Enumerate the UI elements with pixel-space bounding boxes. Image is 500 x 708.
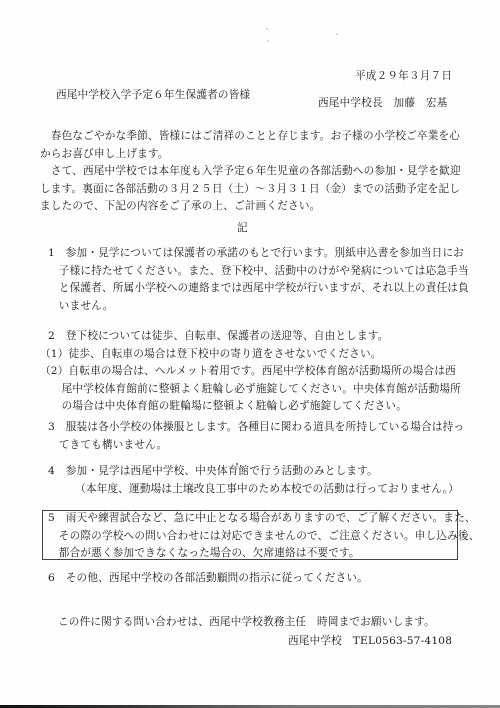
item-subline: （2）自転車の場合は、ヘルメット着用です。西尾中学校体育館が活動場所の場合は西 (40, 363, 461, 381)
item-line: （本年度、運動場は土壌改良工事中のため本校での活動は行っておりません。） (48, 481, 459, 499)
item-line: と保護者、所属小学校への連絡までは西尾中学校が行いますが、それ以上の責任は負 (48, 280, 469, 298)
greeting-line: からお喜び申し上げます。 (40, 146, 460, 164)
item-line: てきても構いません。 (48, 437, 464, 455)
item-line: 都合が悪く参加できなくなった場合の、欠席連絡は不要です。 (48, 545, 480, 563)
item-line: 4 参加・見学は西尾中学校、中央体育館で行う活動のみとします。 (48, 463, 459, 481)
ki-heading: 記 (237, 222, 248, 235)
sender-principal: 西尾中学校長 加藤 宏基 (318, 97, 448, 110)
item-2: 2 登下校については徒歩、自転車、保護者の送迎等、自由とします。 （1）徒歩、自… (48, 328, 461, 416)
contact-note: この件に関する問い合わせは、西尾中学校教務主任 時岡までお願いします。 (58, 616, 435, 629)
item-line: 1 参加・見学については保護者の承諾のもとで行います。別紙申込書を参加当日にお (48, 245, 469, 263)
item-line: 子様に持たせてください。また、登下校中、活動中のけがや発病については応急手当 (48, 263, 469, 281)
intro-line: さて、西尾中学校では本年度も入学予定６年生児童の各部活動への参加・見学を歓迎 (40, 163, 461, 181)
scan-speck (336, 33, 338, 35)
intro-line: ましたので、下記の内容をご了承の上、ご計画ください。 (40, 198, 461, 216)
item-line: 5 雨天や練習試合など、急に中止となる場合がありますので、ご了解ください。また、 (48, 510, 480, 528)
item-3: 3 服装は各小学校の体操服とします。各種目に関わる道具を所持している場合は持っ … (48, 419, 464, 454)
scan-speck (267, 40, 269, 42)
greeting-paragraph: 春色なごやかな季節、皆様にはご清祥のことと存じます。お子様の小学校ご卒業を心 か… (40, 128, 460, 163)
scan-speck (236, 463, 238, 465)
scan-speck (266, 28, 268, 30)
item-subline: （1）徒歩、自転車の場合は登下校中の寄り道をさせないでください。 (40, 346, 461, 364)
item-line: 3 服装は各小学校の体操服とします。各種目に関わる道具を所持している場合は持っ (48, 419, 464, 437)
addressee: 西尾中学校入学予定６年生保護者の皆様 (56, 89, 250, 102)
intro-paragraph: さて、西尾中学校では本年度も入学予定６年生児童の各部活動への参加・見学を歓迎 し… (40, 163, 461, 216)
item-6: 6 その他、西尾中学校の各部活動顧問の指示に従ってください。 (48, 570, 368, 588)
item-line: その際の学校への問い合わせには対応できませんので、ご注意ください。申し込み後、 (48, 528, 480, 546)
item-line: 6 その他、西尾中学校の各部活動顧問の指示に従ってください。 (48, 570, 368, 588)
greeting-line: 春色なごやかな季節、皆様にはご清祥のことと存じます。お子様の小学校ご卒業を心 (40, 128, 460, 146)
item-5: 5 雨天や練習試合など、急に中止となる場合がありますので、ご了解ください。また、… (48, 510, 480, 563)
item-subline: の場合は中央体育館の駐輪場に整頓よく駐輪し必ず施錠してください。 (40, 398, 461, 416)
item-subline: 尾中学校体育館前に整頓よく駐輪し必ず施錠してください。中央体育館が活動場所 (40, 381, 461, 399)
school-phone: 西尾中学校 TEL0563-57-4108 (288, 635, 452, 648)
letter-page: 平成２９年３月７日 西尾中学校入学予定６年生保護者の皆様 西尾中学校長 加藤 宏… (0, 0, 500, 708)
item-line: 2 登下校については徒歩、自転車、保護者の送迎等、自由とします。 (48, 328, 461, 346)
intro-line: します。裏面に各部活動の３月２５日（土）～３月３１日（金）までの活動予定を記し (40, 181, 461, 199)
item-1: 1 参加・見学については保護者の承諾のもとで行います。別紙申込書を参加当日にお … (48, 245, 469, 315)
item-line: いません。 (48, 298, 469, 316)
document-date: 平成２９年３月７日 (355, 70, 452, 83)
item-4: 4 参加・見学は西尾中学校、中央体育館で行う活動のみとします。 （本年度、運動場… (48, 463, 459, 498)
